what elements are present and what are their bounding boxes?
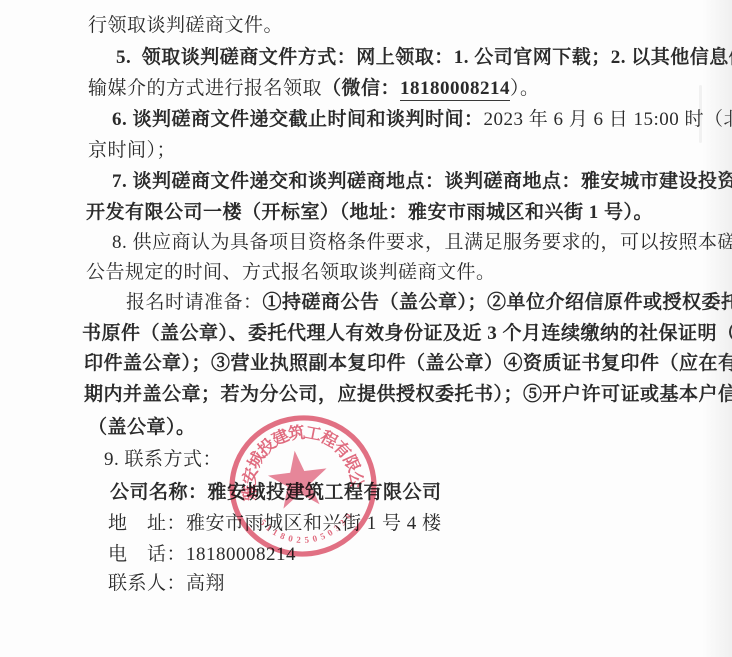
line-item7-location-cont: 开发有限公司一楼（开标室）（地址：雅安市雨城区和兴街 1 号）。 <box>86 203 653 222</box>
seal-star-icon <box>265 447 330 510</box>
text-run: 输媒介的方式进行报名领取 <box>88 78 322 99</box>
scanned-document-page: 行领取谈判磋商文件。 5. 领取谈判磋商文件方式：网上领取：1. 公司官网下载；… <box>0 0 732 657</box>
text-run: 印件盖公章）；③营业执照副本复印件（盖公章）④资质证书复印件（应在有效 <box>84 353 732 374</box>
line-item8-supplier: 8. 供应商认为具备项目资格条件要求，且满足服务要求的，可以按照本磋商 <box>112 233 732 252</box>
text-run: ）。 <box>510 78 540 99</box>
text-run: 7. 谈判磋商文件递交和谈判磋商地点：谈判磋商地点：雅安城市建设投资 <box>112 171 732 192</box>
text-run: 开发有限公司一楼（开标室）（地址：雅安市雨城区和兴街 1 号）。 <box>86 202 653 223</box>
wechat-phone-number: 18180008214 <box>400 78 510 101</box>
contact-person: 联系人：高翔 <box>108 573 225 594</box>
text-run: 行领取谈判磋商文件。 <box>88 15 283 36</box>
company-seal: 雅安城投建筑工程有限公司 5118025050330 <box>224 413 384 565</box>
text-run: 8. 供应商认为具备项目资格条件要求，且满足服务要求的，可以按照本磋商 <box>112 232 732 253</box>
line-pickup-continuation: 行领取谈判磋商文件。 <box>88 16 283 35</box>
line-item6-deadline: 6. 谈判磋商文件递交截止时间和谈判时间：2023 年 6 月 6 日 15:0… <box>112 110 732 129</box>
line-item8-supplier-cont: 公告规定的时间、方式报名领取谈判磋商文件。 <box>86 263 496 282</box>
text-run: 9. 联系方式： <box>104 449 222 470</box>
line-item9-contact: 9. 联系方式： <box>104 450 222 469</box>
line-signup-materials-cont-1: 书原件（盖公章）、委托代理人有效身份证及近 3 个月连续缴纳的社保证明（复 <box>82 324 732 343</box>
line-signup-materials-cont-4: （盖公章）。 <box>88 418 196 437</box>
text-run: （微信： <box>322 78 400 99</box>
text-run: 京时间）； <box>88 140 176 161</box>
text-run: 6. 谈判磋商文件递交截止时间和谈判时间： <box>112 109 484 130</box>
line-item6-deadline-cont: 京时间）； <box>88 141 176 160</box>
line-signup-materials-cont-2: 印件盖公章）；③营业执照副本复印件（盖公章）④资质证书复印件（应在有效 <box>84 354 732 373</box>
text-run: 报名时请准备： <box>126 292 263 313</box>
line-item7-location: 7. 谈判磋商文件递交和谈判磋商地点：谈判磋商地点：雅安城市建设投资 <box>112 172 732 191</box>
line-item5-pickup-method: 5. 领取谈判磋商文件方式：网上领取：1. 公司官网下载；2. 以其他信息传 <box>116 48 732 67</box>
text-run: 5. 领取谈判磋商文件方式：网上领取：1. 公司官网下载；2. 以其他信息传 <box>116 47 732 68</box>
line-item5-wechat: 输媒介的方式进行报名领取（微信：18180008214）。 <box>88 79 540 98</box>
text-run: ①持磋商公告（盖公章）；②单位介绍信原件或授权委托 <box>263 292 732 313</box>
line-signup-materials-cont-3: 期内并盖公章；若为分公司，应提供授权委托书）；⑤开户许可证或基本户信息 <box>84 385 732 404</box>
line-contact-person: 联系人：高翔 <box>108 574 225 593</box>
text-run: 期内并盖公章；若为分公司，应提供授权委托书）；⑤开户许可证或基本户信息 <box>84 384 732 405</box>
deadline-datetime: 2023 年 6 月 6 日 15:00 时（北 <box>484 109 732 130</box>
text-run: （盖公章）。 <box>88 417 196 438</box>
text-run: 书原件（盖公章）、委托代理人有效身份证及近 3 个月连续缴纳的社保证明（复 <box>82 323 732 344</box>
text-run: 公告规定的时间、方式报名领取谈判磋商文件。 <box>86 262 496 283</box>
line-signup-materials: 报名时请准备：①持磋商公告（盖公章）；②单位介绍信原件或授权委托 <box>126 293 732 312</box>
